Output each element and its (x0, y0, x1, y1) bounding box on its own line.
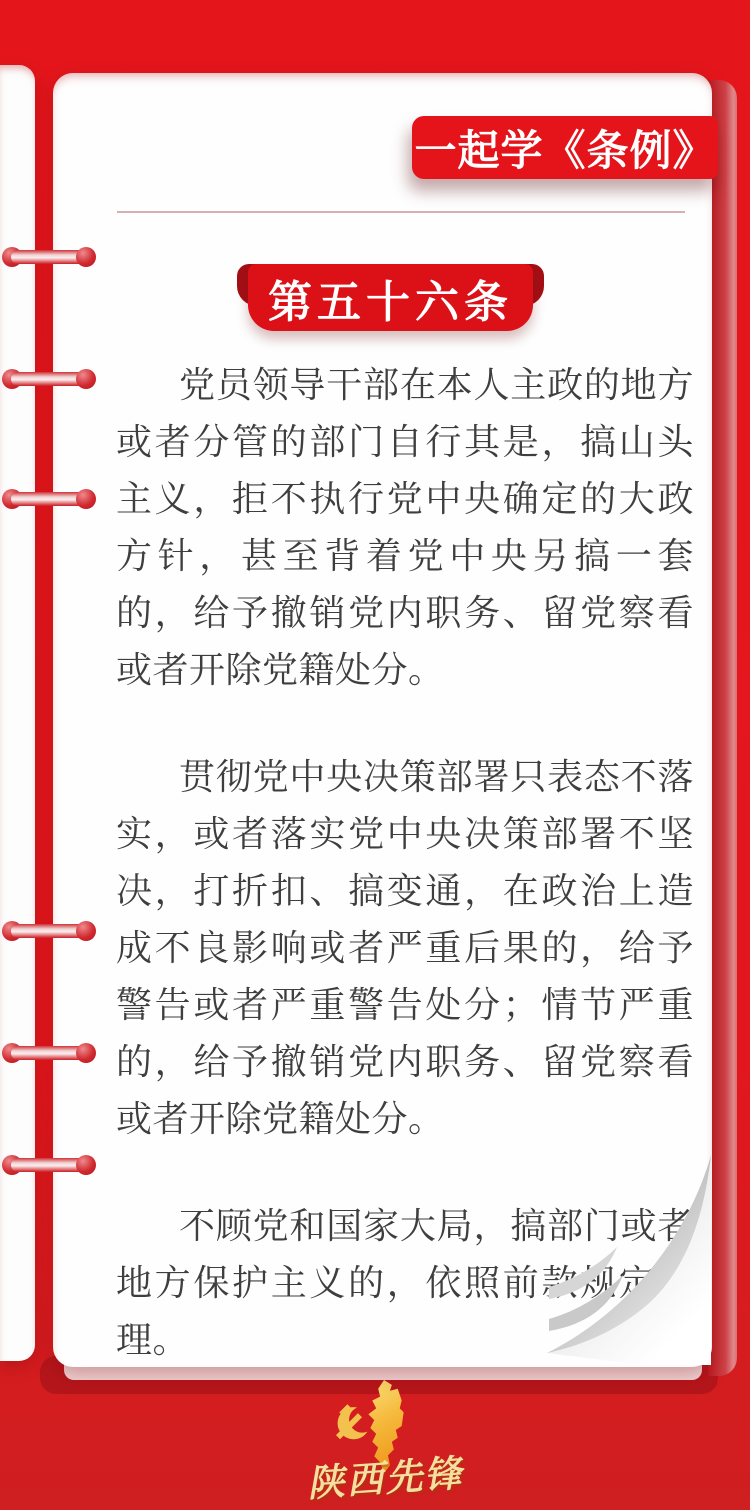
article-paragraph-2: 贯彻党中央决策部署只表态不落实，或者落实党中央决策部署不坚决，打折扣、搞变通，在… (116, 748, 694, 1147)
infographic-canvas: 党员领导干部在本人主政的地方或者分管的部门自行其是，搞山头主义，拒不执行党中央确… (0, 0, 750, 1510)
binder-ring (2, 1154, 96, 1176)
article-number-badge: 第五十六条 (248, 264, 533, 331)
logo-text: 陕西先锋 (288, 1441, 481, 1508)
binder-ring (2, 488, 96, 510)
divider-line (117, 211, 685, 213)
article-paragraph-1: 党员领导干部在本人主政的地方或者分管的部门自行其是，搞山头主义，拒不执行党中央确… (116, 356, 694, 698)
header-badge: 一起学《条例》 (412, 116, 718, 179)
binder-ring (2, 1042, 96, 1064)
binder-ring (2, 246, 96, 268)
binder-ring (2, 920, 96, 942)
binder-ring (2, 368, 96, 390)
page-curl (523, 1149, 713, 1369)
